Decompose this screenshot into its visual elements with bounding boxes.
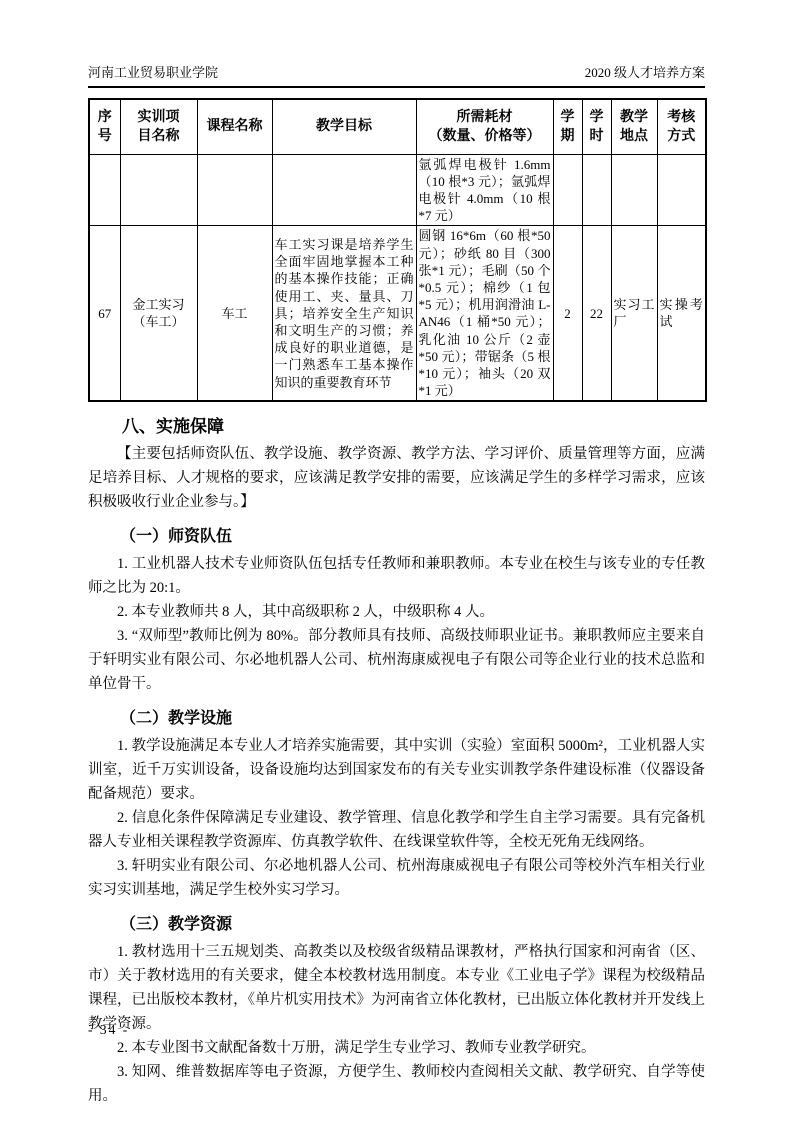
cell-teaching-objective: 车工实习课是培养学生全面牢固地掌握本工种的基本操作技能；正确使用工、夹、量具、刀… bbox=[272, 226, 416, 402]
col-header-serial-number: 序号 bbox=[89, 99, 120, 154]
cell-serial-number: 67 bbox=[89, 226, 120, 402]
teachers-item-3: 3. “双师型”教师比例为 80%。部分教师具有技师、高级技师职业证书。兼职教师… bbox=[88, 624, 705, 696]
cell-semester bbox=[553, 154, 582, 226]
subsection-heading-resources: （三）教学资源 bbox=[88, 913, 705, 937]
resources-item-2: 2. 本专业图书文献配备数十万册，满足学生专业学习、教师专业教学研究。 bbox=[88, 1036, 705, 1060]
cell-required-consumables: 圆钢 16*6m（60 根*50 元）；砂纸 80 目（300 张*1 元）；毛… bbox=[416, 226, 553, 402]
col-header-class-hours: 学 时 bbox=[582, 99, 611, 154]
cell-assessment-method bbox=[657, 154, 706, 226]
col-header-teaching-objective: 教学目标 bbox=[272, 99, 416, 154]
table-row-67: 67 金工实习 （车工） 车工 车工实习课是培养学生全面牢固地掌握本工种的基本操… bbox=[89, 226, 706, 402]
col-header-semester: 学 期 bbox=[553, 99, 582, 154]
resources-item-1: 1. 教材选用十三五规划类、高教类以及校级省级精品课教材，严格执行国家和河南省（… bbox=[88, 940, 705, 1036]
facilities-item-1: 1. 教学设施满足本专业人才培养实施需要，其中实训（实验）室面积 5000m²，… bbox=[88, 734, 705, 806]
header-school-name: 河南工业贸易职业学院 bbox=[88, 62, 218, 81]
teachers-item-1: 1. 工业机器人技术专业师资队伍包括专任教师和兼职教师。本专业在校生与该专业的专… bbox=[88, 552, 705, 600]
teachers-item-2: 2. 本专业教师共 8 人，其中高级职称 2 人，中级职称 4 人。 bbox=[88, 600, 705, 624]
cell-training-project-name: 金工实习 （车工） bbox=[120, 226, 197, 402]
cell-course-name: 车工 bbox=[197, 226, 272, 402]
document-page: 河南工业贸易职业学院 2020 级人才培养方案 序号 实训项 目名称 课程名称 … bbox=[0, 0, 793, 1122]
cell-class-hours: 22 bbox=[582, 226, 611, 402]
col-header-teaching-location: 教学 地点 bbox=[611, 99, 657, 154]
cell-teaching-location: 实习工厂 bbox=[611, 226, 657, 402]
cell-course-name bbox=[197, 154, 272, 226]
col-header-training-project-name: 实训项 目名称 bbox=[120, 99, 197, 154]
table-header-row: 序号 实训项 目名称 课程名称 教学目标 所需耗材 （数量、价格等） 学 期 学… bbox=[89, 99, 706, 154]
col-header-assessment-method: 考核 方式 bbox=[657, 99, 706, 154]
cell-training-project-name bbox=[120, 154, 197, 226]
cell-teaching-location bbox=[611, 154, 657, 226]
table-row-continuation: 氩弧焊电极针 1.6mm（10 根*3 元）；氩弧焊电极针 4.0mm（10 根… bbox=[89, 154, 706, 226]
subsection-heading-teachers: （一）师资队伍 bbox=[88, 525, 705, 549]
facilities-item-3: 3. 轩明实业有限公司、尔必地机器人公司、杭州海康威视电子有限公司等校外汽车相关… bbox=[88, 854, 705, 902]
page-header: 河南工业贸易职业学院 2020 级人才培养方案 bbox=[88, 62, 705, 88]
cell-teaching-objective bbox=[272, 154, 416, 226]
page-number: - 34 - bbox=[88, 1022, 129, 1038]
cell-class-hours bbox=[582, 154, 611, 226]
col-header-required-consumables: 所需耗材 （数量、价格等） bbox=[416, 99, 553, 154]
training-projects-table: 序号 实训项 目名称 课程名称 教学目标 所需耗材 （数量、价格等） 学 期 学… bbox=[88, 98, 707, 402]
col-header-course-name: 课程名称 bbox=[197, 99, 272, 154]
section-intro-paragraph: 【主要包括师资队伍、教学设施、教学资源、教学方法、学习评价、质量管理等方面，应满… bbox=[88, 442, 705, 514]
cell-semester: 2 bbox=[553, 226, 582, 402]
header-doc-title: 2020 级人才培养方案 bbox=[585, 62, 705, 81]
resources-item-3: 3. 知网、维普数据库等电子资源，方便学生、教师校内查阅相关文献、教学研究、自学… bbox=[88, 1060, 705, 1108]
cell-serial-number bbox=[89, 154, 120, 226]
facilities-item-2: 2. 信息化条件保障满足专业建设、教学管理、信息化教学和学生自主学习需要。具有完… bbox=[88, 806, 705, 854]
subsection-heading-facilities: （二）教学设施 bbox=[88, 707, 705, 731]
section-heading-implementation-guarantee: 八、实施保障 bbox=[88, 415, 705, 439]
cell-assessment-method: 实操考试 bbox=[657, 226, 706, 402]
cell-required-consumables: 氩弧焊电极针 1.6mm（10 根*3 元）；氩弧焊电极针 4.0mm（10 根… bbox=[416, 154, 553, 226]
